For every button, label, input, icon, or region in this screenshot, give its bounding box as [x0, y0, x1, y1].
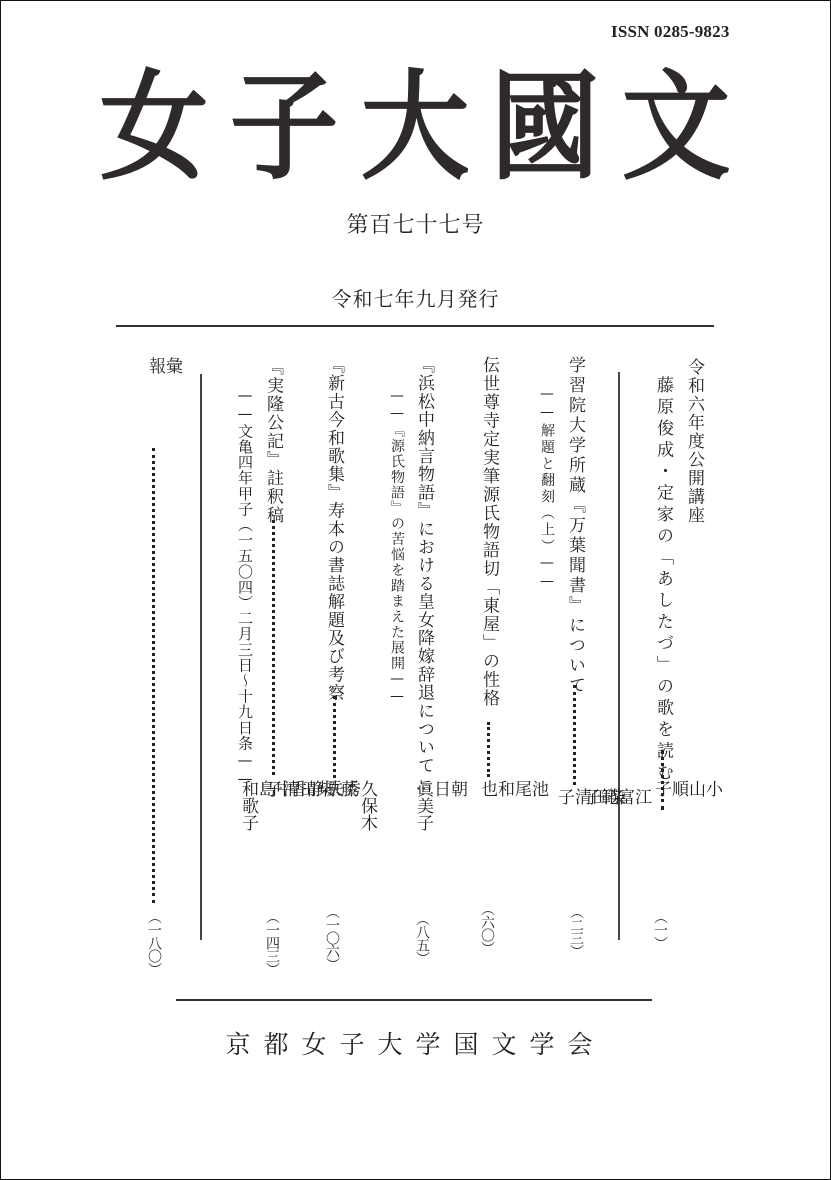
toc-page-number: （六〇） [480, 902, 494, 954]
issue-number: 第百七十七号 [0, 208, 831, 239]
column-divider [618, 372, 620, 940]
issn-number: ISSN 0285-9823 [611, 22, 730, 42]
toc-entry-subtitle: ——解題と翻刻（上）—— [540, 386, 554, 592]
toc-page-number: （一四三） [265, 910, 279, 975]
toc-series-label: 令和六年度公開講座 [685, 358, 702, 525]
leader-dots [487, 722, 490, 777]
top-divider [116, 325, 714, 327]
leader-dots [272, 520, 275, 775]
toc-entry-title: 『実隆公記』註釈稿 [264, 358, 281, 525]
toc-page-number: （一） [653, 910, 667, 949]
toc-entry-subtitle: ——『源氏物語』の苦悩を踏まえた展開—— [390, 388, 404, 706]
title-char: 大 [361, 68, 470, 186]
toc-entry-subtitle: ——文亀四年甲子（一五〇四）二月三日〜十九日条—— [237, 386, 252, 788]
toc-entry-title: 『新古今和歌集』寿本の書誌解題及び考察 [325, 356, 342, 702]
toc-page-number: （一八〇） [147, 910, 161, 975]
title-char: 女 [100, 68, 209, 186]
toc-entry-title: 学習院大学所蔵『万葉聞書』について [566, 356, 583, 696]
journal-title: 女 子 大 國 文 [95, 62, 735, 192]
toc-author: 朝 日 眞美子 [414, 780, 465, 831]
publisher-name: 京都女子大学国文学会 [0, 1025, 831, 1061]
leader-dots [152, 448, 155, 903]
toc-page-number: （二三） [569, 905, 583, 957]
toc-entry-title: 藤原俊成・定家の「あしたづ」の歌を読む [654, 376, 671, 785]
column-divider [200, 374, 202, 940]
toc-page-number: （八五） [415, 912, 429, 964]
toc-page-number: （一〇六） [325, 905, 339, 970]
toc-entry-title: 『浜松中納言物語』における皇女降嫁辞退について… [415, 356, 432, 796]
title-char: 文 [622, 68, 731, 186]
toc-author: 池 尾 和 也 [478, 780, 546, 811]
toc-entry-title: 伝世尊寺定実筆源氏物語切「東屋」の性格 [480, 356, 497, 708]
toc-author: 中 島 和歌子 [239, 780, 290, 831]
publication-date: 令和七年九月発行 [0, 283, 831, 312]
leader-dots [573, 685, 576, 785]
leader-dots [333, 696, 336, 778]
toc-author: 柴 田 清 子 [555, 788, 623, 819]
title-char: 子 [230, 68, 339, 186]
toc-entry-title: 彙 報 [146, 357, 180, 436]
bottom-divider [176, 999, 652, 1001]
title-char: 國 [491, 68, 600, 186]
